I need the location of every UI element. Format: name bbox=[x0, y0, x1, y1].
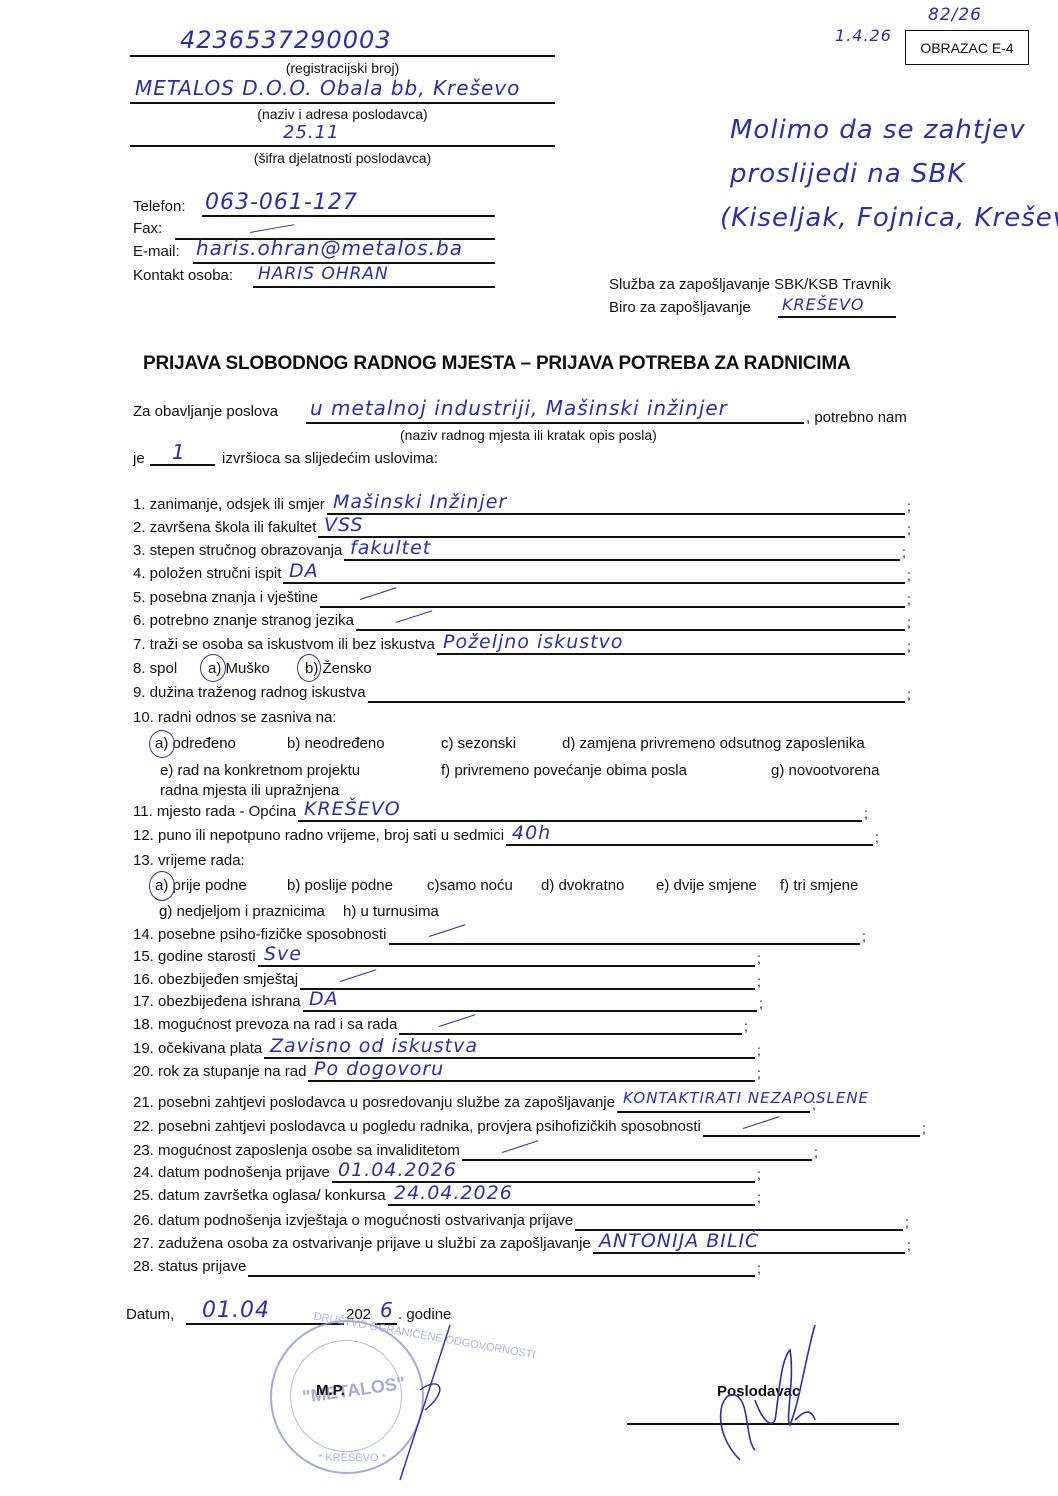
service-name: Služba za zapošljavanje SBK/KSB Travnik bbox=[609, 276, 891, 294]
item-label-19: 19. očekivana plata bbox=[133, 1040, 262, 1058]
item-semicolon-25: ; bbox=[757, 1189, 761, 1205]
item-label-3: 3. stepen stručnog obrazovanja bbox=[133, 542, 342, 560]
item-underline-5 bbox=[320, 606, 905, 608]
employer-name-caption: (naziv i adresa poslodavca) bbox=[130, 106, 555, 122]
item-label-5: 5. posebna znanja i vještine bbox=[133, 589, 318, 607]
item-label-7: 7. traži se osoba sa iskustvom ili bez i… bbox=[133, 636, 435, 654]
mp-label: M.P. bbox=[316, 1382, 345, 1400]
intro-count-suffix: izvršioca sa slijedećim uslovima: bbox=[222, 450, 438, 468]
item-underline-6 bbox=[356, 629, 905, 631]
item-semicolon-9: ; bbox=[907, 686, 911, 702]
item-label-8: 8. spol bbox=[133, 660, 177, 678]
item-label-18: 18. mogućnost prevoza na rad i sa rada bbox=[133, 1016, 397, 1034]
item-value-19[interactable]: Zavisno od iskustva bbox=[270, 1035, 478, 1057]
item-underline-17 bbox=[303, 1010, 757, 1012]
item-label-11: 11. mjesto rada - Općina bbox=[133, 803, 296, 821]
employment-option-b[interactable]: b) neodređeno bbox=[287, 735, 385, 753]
item-label-6: 6. potrebno znanje stranog jezika bbox=[133, 612, 354, 630]
phone-label: Telefon: bbox=[133, 198, 186, 216]
item-semicolon-14: ; bbox=[862, 928, 866, 944]
worktime-option-h[interactable]: h) u turnusima bbox=[343, 903, 439, 921]
employment-option-c[interactable]: c) sezonski bbox=[441, 735, 516, 753]
email-label: E-mail: bbox=[133, 243, 180, 261]
item-label-24: 24. datum podnošenja prijave bbox=[133, 1164, 330, 1182]
item-underline-25 bbox=[388, 1204, 755, 1206]
worktime-option-f[interactable]: f) tri smjene bbox=[780, 877, 858, 895]
registration-number-caption: (registracijski broj) bbox=[130, 60, 555, 76]
item-semicolon-16: ; bbox=[757, 973, 761, 989]
item-value-27[interactable]: ANTONIJA BILIĆ bbox=[599, 1230, 759, 1252]
fax-label: Fax: bbox=[133, 220, 162, 238]
item-value-2[interactable]: VSS bbox=[324, 514, 363, 536]
worktime-option-e[interactable]: e) dvije smjene bbox=[656, 877, 757, 895]
worktime-option-c[interactable]: c)samo noću bbox=[427, 877, 513, 895]
item-semicolon-1: ; bbox=[907, 498, 911, 514]
footer-date-value[interactable]: 01.04 bbox=[202, 1298, 270, 1323]
form-title: PRIJAVA SLOBODNOG RADNOG MJESTA – PRIJAV… bbox=[143, 353, 851, 375]
item-label-16: 16. obezbijeđen smještaj bbox=[133, 971, 298, 989]
item-value-3[interactable]: fakultet bbox=[350, 537, 431, 559]
item-underline-15 bbox=[258, 965, 755, 967]
email-value[interactable]: haris.ohran@metalos.ba bbox=[196, 236, 463, 260]
employment-option-g-cont: radna mjesta ili upražnjena bbox=[160, 782, 339, 800]
item-value-17[interactable]: DA bbox=[309, 988, 339, 1010]
item-empty-mark-23 bbox=[502, 1140, 538, 1153]
item-underline-21 bbox=[617, 1111, 810, 1113]
item-underline-28 bbox=[248, 1275, 755, 1277]
employment-option-f[interactable]: f) privremeno povećanje obima posla bbox=[441, 762, 687, 780]
job-description-caption: (naziv radnog mjesta ili kratak opis pos… bbox=[400, 427, 657, 443]
item-semicolon-5: ; bbox=[907, 591, 911, 607]
footer-date-label: Datum, bbox=[126, 1306, 174, 1324]
item-label-2: 2. završena škola ili fakultet bbox=[133, 519, 316, 537]
employment-option-g[interactable]: g) novootvorena bbox=[771, 762, 879, 780]
form-code-box: OBRAZAC E-4 bbox=[905, 30, 1029, 65]
employment-option-e[interactable]: e) rad na konkretnom projektu bbox=[160, 762, 360, 780]
item-semicolon-23: ; bbox=[814, 1144, 818, 1160]
item-semicolon-3: ; bbox=[902, 544, 906, 560]
item-label-10: 10. radni odnos se zasniva na: bbox=[133, 709, 336, 727]
item-semicolon-6: ; bbox=[907, 614, 911, 630]
item-value-1[interactable]: Mašinski Inžinjer bbox=[333, 491, 507, 513]
item-label-1: 1. zanimanje, odsjek ili smjer bbox=[133, 496, 325, 514]
item-label-28: 28. status prijave bbox=[133, 1258, 246, 1276]
footer-year-digit[interactable]: 6 bbox=[380, 1298, 394, 1322]
item-underline-7 bbox=[437, 653, 905, 655]
item-underline-22 bbox=[703, 1135, 920, 1137]
received-date-note: 1.4.26 bbox=[835, 26, 892, 45]
item-underline-16 bbox=[300, 988, 755, 990]
handwritten-forward-note: Molimo da se zahtjev proslijedi na SBK (… bbox=[730, 108, 1058, 240]
item-label-14: 14. posebne psiho-fizičke sposobnosti bbox=[133, 926, 387, 944]
item-semicolon-27: ; bbox=[907, 1237, 911, 1253]
reference-number-note: 82/26 bbox=[928, 5, 982, 25]
item-empty-mark-22 bbox=[743, 1116, 779, 1129]
item-semicolon-26: ; bbox=[905, 1214, 909, 1230]
item-underline-20 bbox=[308, 1080, 755, 1082]
item-underline-3 bbox=[344, 559, 900, 561]
item-semicolon-28: ; bbox=[757, 1260, 761, 1276]
item-semicolon-2: ; bbox=[907, 521, 911, 537]
item-underline-1 bbox=[327, 513, 905, 515]
bureau-value[interactable]: KREŠEVO bbox=[782, 295, 865, 314]
worktime-option-g[interactable]: g) nedjeljom i praznicima bbox=[159, 903, 325, 921]
item-semicolon-15: ; bbox=[757, 950, 761, 966]
item-label-21: 21. posebni zahtjevi poslodavca u posred… bbox=[133, 1094, 615, 1112]
gender-male-circle bbox=[200, 654, 226, 682]
item-value-20[interactable]: Po dogovoru bbox=[314, 1058, 444, 1080]
item-semicolon-11: ; bbox=[864, 805, 868, 821]
item-label-27: 27. zadužena osoba za ostvarivanje prija… bbox=[133, 1235, 591, 1253]
item-label-17: 17. obezbijeđena ishrana bbox=[133, 993, 301, 1011]
item-underline-14 bbox=[389, 943, 860, 945]
item-underline-4 bbox=[283, 582, 905, 584]
employer-name-value[interactable]: METALOS D.O.O. Obala bb, Kreševo bbox=[135, 76, 520, 100]
item-label-25: 25. datum završetka oglasa/ konkursa bbox=[133, 1187, 386, 1205]
item-empty-mark-5 bbox=[360, 587, 396, 600]
gender-female-circle bbox=[297, 654, 321, 682]
worker-count-value[interactable]: 1 bbox=[172, 440, 186, 464]
item-value-15[interactable]: Sve bbox=[264, 943, 302, 965]
worktime-option-d[interactable]: d) dvokratno bbox=[541, 877, 624, 895]
item-empty-mark-18 bbox=[439, 1014, 475, 1027]
intro-je: je bbox=[133, 450, 145, 468]
item-semicolon-4: ; bbox=[907, 567, 911, 583]
item-label-15: 15. godine starosti bbox=[133, 948, 256, 966]
intro-suffix: , potrebno nam bbox=[806, 409, 907, 427]
item-empty-mark-16 bbox=[340, 969, 376, 982]
item-empty-mark-14 bbox=[429, 924, 465, 937]
item-underline-12 bbox=[506, 844, 873, 846]
item-value-7[interactable]: Poželjno iskustvo bbox=[443, 631, 623, 653]
item-value-25[interactable]: 24.04.2026 bbox=[394, 1182, 513, 1204]
item-label-22: 22. posebni zahtjevi poslodavca u pogled… bbox=[133, 1118, 701, 1136]
item-empty-mark-6 bbox=[396, 610, 432, 623]
signature-icon bbox=[700, 1320, 830, 1470]
item-underline-9 bbox=[368, 701, 905, 703]
item-semicolon-12: ; bbox=[875, 829, 879, 845]
item-value-4[interactable]: DA bbox=[289, 560, 319, 582]
item-value-21[interactable]: KONTAKTIRATI NEZAPOSLENE bbox=[623, 1089, 869, 1107]
item-underline-11 bbox=[298, 820, 862, 822]
item-label-12: 12. puno ili nepotpuno radno vrijeme, br… bbox=[133, 827, 504, 845]
worktime-selected-circle bbox=[149, 871, 175, 901]
item-label-26: 26. datum podnošenja izvještaja o mogućn… bbox=[133, 1212, 573, 1230]
intro-prefix: Za obavljanje poslova bbox=[133, 403, 278, 421]
item-underline-27 bbox=[593, 1252, 905, 1254]
item-semicolon-22: ; bbox=[922, 1120, 926, 1136]
item-value-11[interactable]: KREŠEVO bbox=[304, 798, 401, 820]
item-semicolon-18: ; bbox=[744, 1018, 748, 1034]
item-underline-23 bbox=[462, 1159, 812, 1161]
item-label-4: 4. položen stručni ispit bbox=[133, 565, 281, 583]
bureau-label: Biro za zapošljavanje bbox=[609, 299, 751, 317]
item-semicolon-7: ; bbox=[907, 638, 911, 654]
item-semicolon-20: ; bbox=[757, 1065, 761, 1081]
contact-person-value[interactable]: HARIS OHRAN bbox=[258, 264, 389, 284]
item-label-23: 23. mogućnost zaposlenja osobe sa invali… bbox=[133, 1142, 460, 1160]
item-semicolon-24: ; bbox=[757, 1166, 761, 1182]
employment-selected-circle bbox=[149, 730, 175, 758]
contact-person-label: Kontakt osoba: bbox=[133, 267, 233, 285]
registration-number-value[interactable]: 4236537290003 bbox=[180, 26, 392, 54]
item-value-12[interactable]: 40h bbox=[512, 822, 551, 844]
employment-option-d[interactable]: d) zamjena privremeno odsutnog zaposleni… bbox=[562, 735, 865, 753]
note-line-3: (Kiseljak, Fojnica, Kreševo) bbox=[720, 196, 1058, 240]
note-line-1: Molimo da se zahtjev bbox=[730, 108, 1058, 152]
fax-empty-mark bbox=[250, 224, 294, 233]
item-value-24[interactable]: 01.04.2026 bbox=[338, 1159, 457, 1181]
item-label-13: 13. vrijeme rada: bbox=[133, 852, 245, 870]
job-description-value[interactable]: u metalnoj industriji, Mašinski inžinjer bbox=[310, 396, 728, 420]
stamp-ring-bottom: * KREŠEVO * bbox=[318, 1452, 386, 1464]
phone-value[interactable]: 063-061-127 bbox=[205, 190, 358, 215]
worktime-option-b[interactable]: b) poslije podne bbox=[287, 877, 393, 895]
item-label-20: 20. rok za stupanje na rad bbox=[133, 1063, 306, 1081]
item-semicolon-19: ; bbox=[757, 1042, 761, 1058]
item-semicolon-17: ; bbox=[759, 995, 763, 1011]
activity-code-caption: (šifra djelatnosti poslodavca) bbox=[130, 150, 555, 166]
note-line-2: proslijedi na SBK bbox=[730, 152, 1058, 196]
form-code: OBRAZAC E-4 bbox=[920, 40, 1013, 56]
activity-code-value[interactable]: 25.11 bbox=[283, 122, 340, 143]
item-label-9: 9. dužina traženog radnog iskustva bbox=[133, 684, 366, 702]
stamp-signature-stroke-icon bbox=[380, 1320, 460, 1490]
